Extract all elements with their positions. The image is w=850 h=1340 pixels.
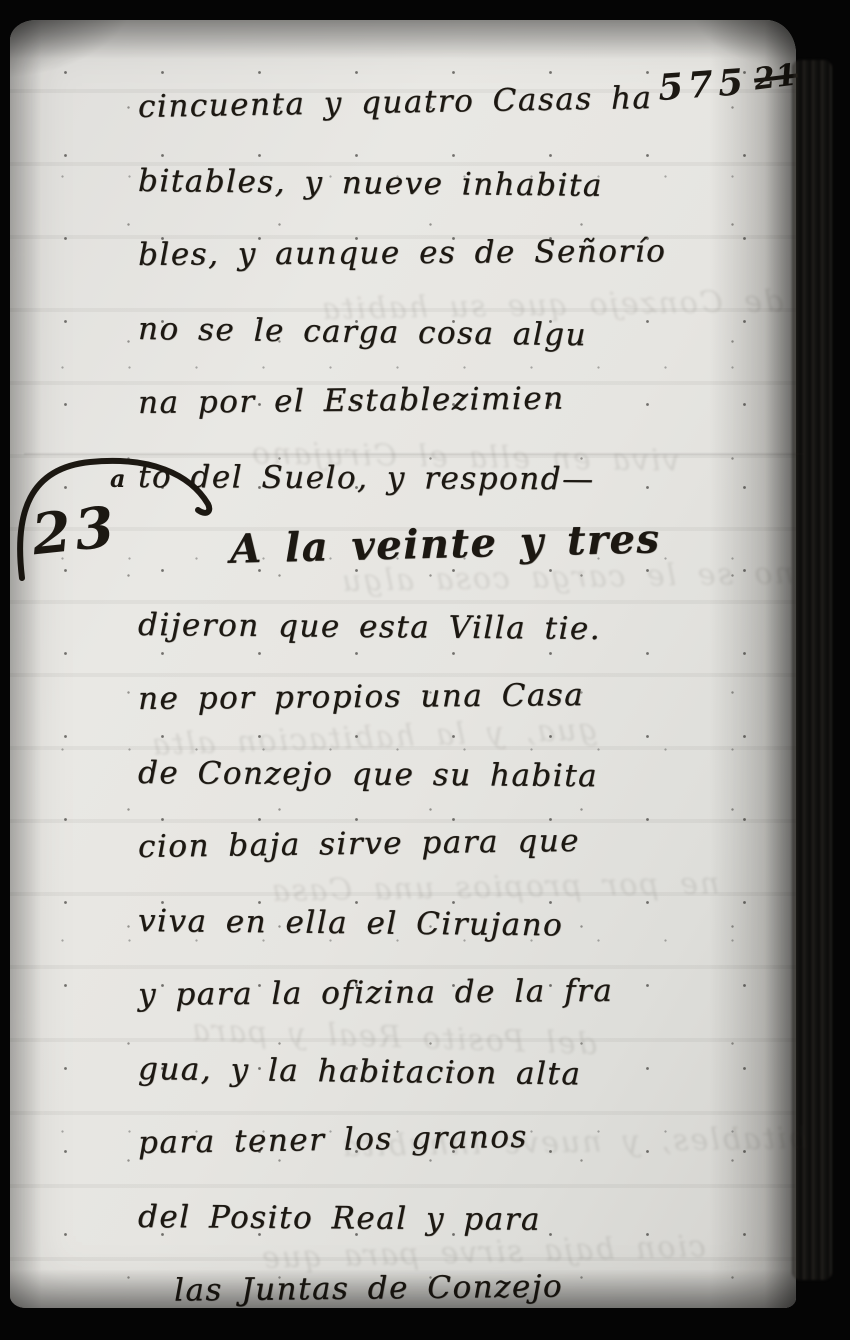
handwritten-text-block: cincuenta y quatro Casas ha bitables, y … xyxy=(138,70,668,1328)
manuscript-line: cincuenta y quatro Casas ha xyxy=(137,61,668,144)
paper-crease xyxy=(24,453,804,455)
manuscript-line: del Posito Real y para xyxy=(138,1180,669,1258)
paper-sheet: de Conzejo que su habita viva en ella el… xyxy=(10,20,796,1308)
manuscript-line: na por el Establezimien xyxy=(138,360,669,440)
folio-number: 575 xyxy=(657,61,750,109)
manuscript-line: las Juntas de Conzejo xyxy=(138,1248,669,1328)
manuscript-line: de Conzejo que su habita xyxy=(138,736,669,814)
manuscript-line-answer-start: A la veinte y tres xyxy=(137,501,669,588)
manuscript-line: bles, y aunque es de Señorío xyxy=(138,214,669,292)
manuscript-line: dijeron que esta Villa tie. xyxy=(138,588,669,667)
book-page-edges xyxy=(792,60,832,1280)
manuscript-line: para tener los granos xyxy=(137,1098,668,1180)
margin-question-number: 23 xyxy=(29,494,121,569)
manuscript-scan: de Conzejo que su habita viva en ella el… xyxy=(0,0,850,1340)
manuscript-line: cion baja sirve para que xyxy=(137,803,668,884)
manuscript-line: ne por propios una Casa xyxy=(138,657,669,736)
manuscript-line: viva en ella el Cirujano xyxy=(138,884,669,964)
margin-superscript: a xyxy=(110,464,126,493)
manuscript-line: bitables, y nueve inhabita xyxy=(138,144,669,224)
manuscript-line: y para la ofizina de la fra xyxy=(138,953,669,1032)
